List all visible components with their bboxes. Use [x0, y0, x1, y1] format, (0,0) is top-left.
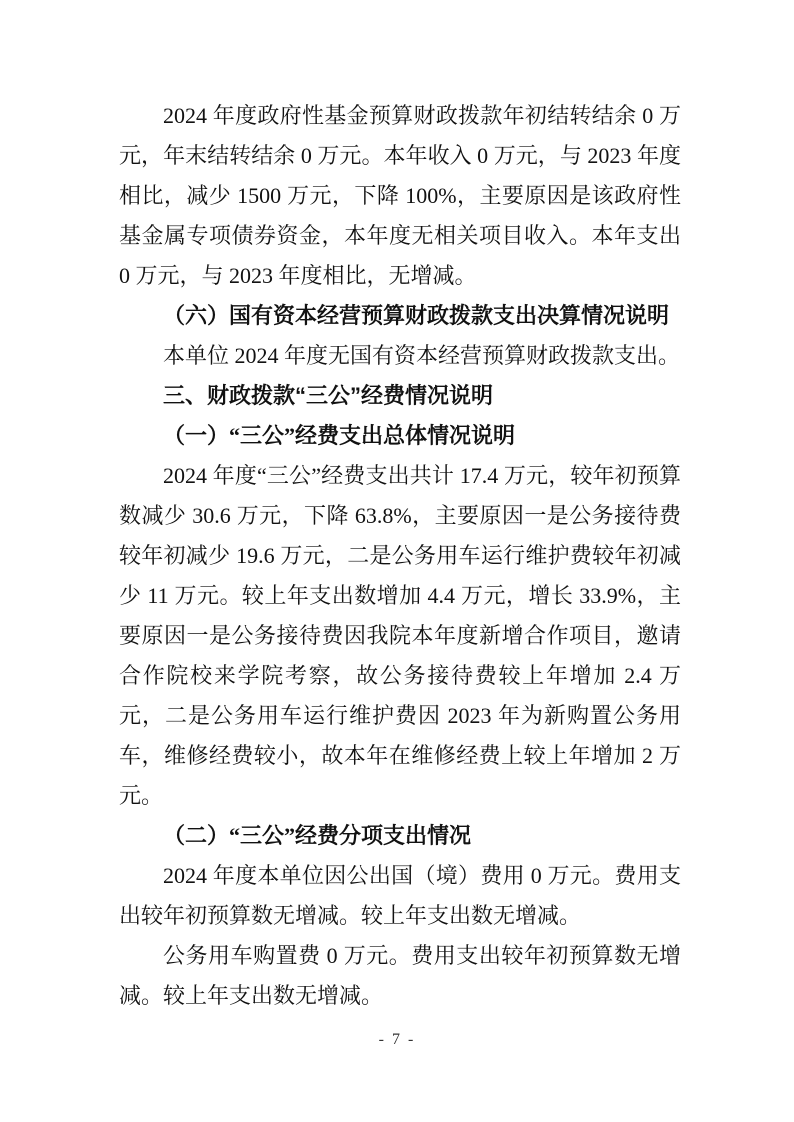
heading-section-6-state-capital: （六）国有资本经营预算财政拨款支出决算情况说明: [119, 296, 681, 336]
heading-section-1-sangong-overall: （一）“三公”经费支出总体情况说明: [119, 416, 681, 456]
heading-section-2-sangong-itemized: （二）“三公”经费分项支出情况: [119, 816, 681, 856]
paragraph-state-capital-none: 本单位 2024 年度无国有资本经营预算财政拨款支出。: [119, 336, 681, 376]
heading-part-3-sangong-funds: 三、财政拨款“三公”经费情况说明: [119, 376, 681, 416]
paragraph-vehicle-purchase-expense: 公务用车购置费 0 万元。费用支出较年初预算数无增减。较上年支出数无增减。: [119, 936, 681, 1016]
document-content: 2024 年度政府性基金预算财政拨款年初结转结余 0 万元，年末结转结余 0 万…: [119, 96, 681, 1016]
paragraph-abroad-expense: 2024 年度本单位因公出国（境）费用 0 万元。费用支出较年初预算数无增减。较…: [119, 856, 681, 936]
document-page: 2024 年度政府性基金预算财政拨款年初结转结余 0 万元，年末结转结余 0 万…: [0, 0, 794, 1122]
paragraph-sangong-overall-detail: 2024 年度“三公”经费支出共计 17.4 万元，较年初预算数减少 30.6 …: [119, 456, 681, 816]
page-number-footer: - 7 -: [0, 1028, 794, 1052]
paragraph-gov-fund-summary: 2024 年度政府性基金预算财政拨款年初结转结余 0 万元，年末结转结余 0 万…: [119, 96, 681, 296]
